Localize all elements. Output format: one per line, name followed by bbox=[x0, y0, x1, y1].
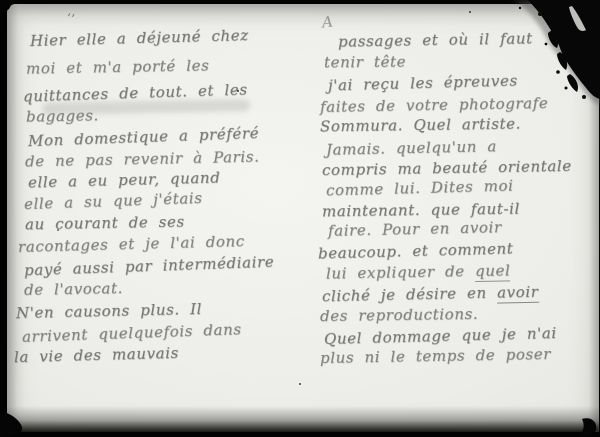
handwritten-line: moi et m'a porté les bbox=[26, 57, 210, 77]
page-edge-shadow-bottom bbox=[7, 406, 599, 432]
handwritten-line: tenir tête bbox=[324, 54, 406, 72]
handwritten-line: lui expliquer de quel bbox=[326, 262, 511, 282]
handwritten-line: de l'avocat. bbox=[24, 280, 123, 299]
handwritten-line: bagages. bbox=[26, 107, 99, 125]
handwritten-line: cliché je désire en avoir bbox=[322, 284, 539, 306]
handwritten-line: au courant de ses bbox=[25, 214, 185, 234]
underlined-word: quel bbox=[475, 261, 511, 282]
handwritten-line: des reproductions. bbox=[320, 306, 478, 325]
page-edge-shadow-right bbox=[589, 4, 599, 432]
pencil-annotation: A bbox=[321, 12, 334, 31]
photograph-of-letter: ’’ A Hier elle a déjeuné chezmoi et m'a … bbox=[0, 0, 600, 437]
page-edge-shadow-top bbox=[7, 4, 599, 26]
handwritten-line: faire. Pour en avoir bbox=[328, 219, 502, 240]
underlined-word: avoir bbox=[497, 283, 539, 304]
handwritten-line: Jamais. quelqu'un a bbox=[326, 138, 497, 159]
handwritten-line: Sommura. Quel artiste. bbox=[320, 116, 521, 136]
handwritten-line: passages et où il faut bbox=[338, 30, 533, 50]
page-edge-shadow-left bbox=[7, 4, 25, 432]
